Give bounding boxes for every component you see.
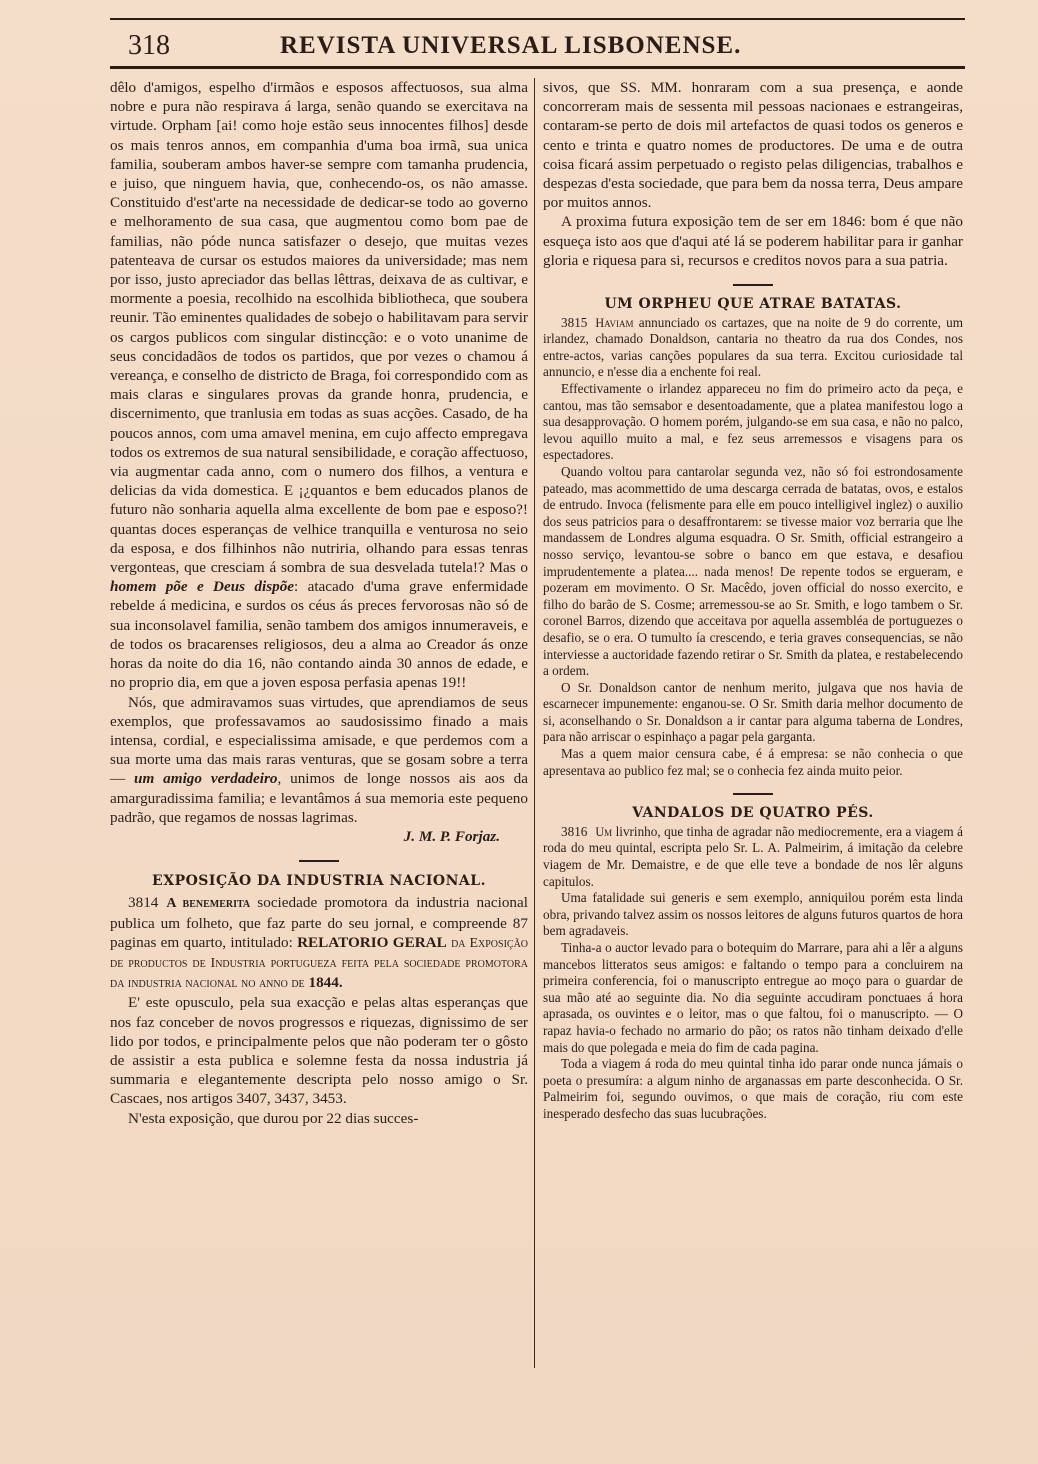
article-paragraph: Effectivamente o irlandez appareceu no f… (543, 381, 963, 464)
left-column: dêlo d'amigos, espelho d'irmãos e esposo… (110, 78, 528, 1128)
section-divider (733, 284, 773, 286)
obituary-paragraph: Nós, que admiravamos suas virtudes, que … (110, 693, 528, 827)
obituary-paragraph: dêlo d'amigos, espelho d'irmãos e esposo… (110, 78, 528, 693)
article-number: 3816 (561, 824, 587, 839)
article-number: 3814 (128, 894, 158, 911)
article-paragraph: O Sr. Donaldson cantor de nenhum merito,… (543, 680, 963, 746)
article-paragraph: A proxima futura exposição tem de ser em… (543, 212, 963, 270)
article-number: 3815 (561, 315, 587, 330)
article-paragraph: 3816Um livrinho, que tinha de agradar nã… (543, 824, 963, 890)
article-heading: VANDALOS DE QUATRO PÉS. (543, 805, 963, 822)
page-header: 318 REVISTA UNIVERSAL LISBONENSE. (110, 28, 965, 64)
article-paragraph: sivos, que SS. MM. honraram com a sua pr… (543, 78, 963, 212)
report-title: RELATORIO GERAL (297, 934, 447, 951)
page-number: 318 (128, 30, 170, 62)
newspaper-page: 318 REVISTA UNIVERSAL LISBONENSE. dêlo d… (0, 0, 1038, 1464)
article-paragraph: N'esta exposição, que durou por 22 dias … (110, 1109, 528, 1128)
top-rule (110, 18, 965, 20)
signature: J. M. P. Forjaz. (110, 827, 528, 846)
article-paragraph: 3815Haviam annunciado os cartazes, que n… (543, 315, 963, 381)
column-divider (534, 78, 535, 1368)
article-paragraph: Toda a viagem á roda do meu quintal tinh… (543, 1056, 963, 1122)
article-paragraph: E' este opusculo, pela sua exacção e pel… (110, 993, 528, 1108)
header-rule (110, 66, 965, 69)
italic-phrase: um amigo verdadeiro (134, 770, 277, 787)
section-divider (733, 793, 773, 795)
article-paragraph: Quando voltou para cantarolar segunda ve… (543, 464, 963, 680)
right-column: sivos, que SS. MM. honraram com a sua pr… (543, 78, 963, 1123)
section-divider (299, 860, 339, 862)
article-paragraph: Mas a quem maior censura cabe, é á empre… (543, 746, 963, 779)
italic-phrase: homem põe e Deus dispõe (110, 578, 294, 595)
article-paragraph: 3814A benemerita sociedade promotora da … (110, 893, 528, 993)
article-paragraph: Tinha-a o auctor levado para o botequim … (543, 940, 963, 1056)
article-paragraph: Uma fatalidade sui generis e sem exemplo… (543, 890, 963, 940)
article-heading: UM ORPHEU QUE ATRAE BATATAS. (543, 296, 963, 313)
publication-title: REVISTA UNIVERSAL LISBONENSE. (280, 32, 741, 60)
article-heading: EXPOSIÇÃO DA INDUSTRIA NACIONAL. (110, 872, 528, 891)
